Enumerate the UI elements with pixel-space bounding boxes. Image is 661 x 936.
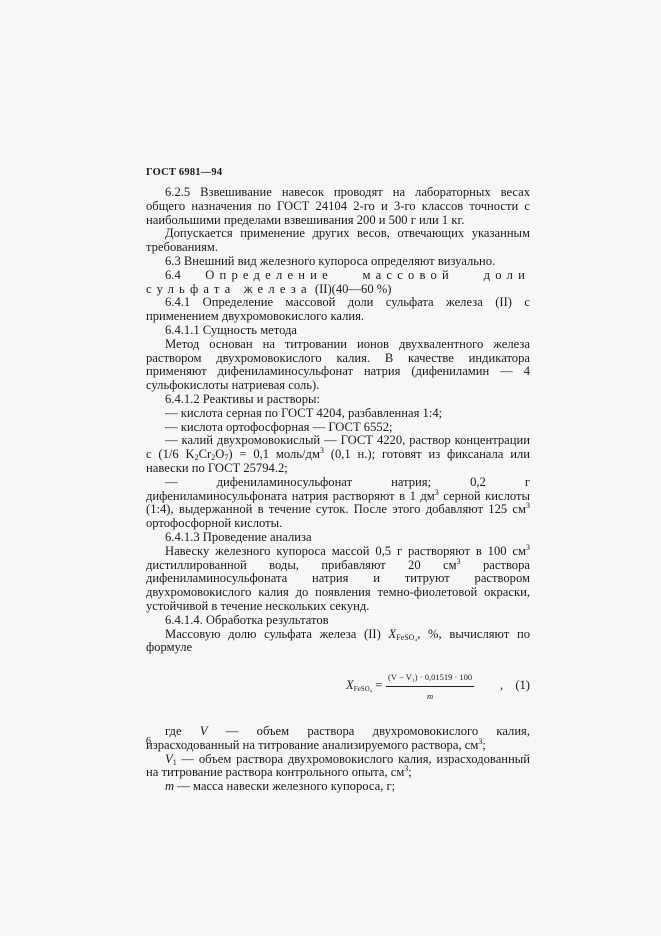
subheading-6-4-1-3: 6.4.1.3 Проведение анализа — [146, 531, 530, 545]
text: ; — [482, 738, 486, 752]
text: дистиллированной воды, прибавляют 20 см — [146, 558, 457, 572]
subscript: FeSO₄ — [396, 633, 417, 642]
definition-v1: V1 — объем раствора двухромовокислого ка… — [146, 753, 530, 781]
definition-v: где V — объем раствора двухромовокислого… — [146, 725, 530, 753]
text: Навеску железного купороса массой 0,5 г … — [165, 544, 526, 558]
reagent-item: — кислота серная по ГОСТ 4204, разбавлен… — [146, 407, 530, 421]
numerator: (V − V₁) · 0,01519 · 100 — [386, 671, 474, 687]
variable: X — [346, 678, 354, 692]
paragraph-calculation: Массовую долю сульфата железа (II) XFeSO… — [146, 628, 530, 656]
text: где — [165, 724, 200, 738]
formula-1: XFeSO₄ = (V − V₁) · 0,01519 · 100 m , (1… — [146, 665, 530, 713]
paragraph-method-essence: Метод основан на титровании ионов двухва… — [146, 338, 530, 393]
section-heading-6-4: 6.4 Определение массовой доли сульфата ж… — [146, 269, 530, 297]
reagent-item: — дифениламиносульфонат натрия; 0,2 г ди… — [146, 476, 530, 531]
denominator: m — [386, 687, 474, 704]
page-number: 6 — [146, 736, 151, 747]
text: ; — [408, 765, 412, 779]
equals-sign: = — [372, 678, 382, 692]
text: — объем раствора двухромовокислого калия… — [146, 752, 530, 780]
reagent-item: — калий двухромовокислый — ГОСТ 4220, ра… — [146, 434, 530, 475]
subheading-6-4-1-2: 6.4.1.2 Реактивы и растворы: — [146, 393, 530, 407]
paragraph-6-4-1: 6.4.1 Определение массовой доли сульфата… — [146, 296, 530, 324]
text: Cr — [199, 447, 212, 461]
subscript: FeSO₄ — [354, 685, 372, 693]
variable: m — [165, 779, 174, 793]
text: ) = 0,1 моль/дм — [228, 447, 320, 461]
text: Массовую долю сульфата железа (II) — [165, 627, 389, 641]
document-body: 6.2.5 Взвешивание навесок проводят на ла… — [146, 186, 530, 794]
document-header: ГОСТ 6981—94 — [146, 167, 222, 178]
superscript: 3 — [526, 543, 530, 552]
heading-tail: (II)(40—60 %) — [312, 282, 392, 296]
subheading-6-4-1-1: 6.4.1.1 Сущность метода — [146, 324, 530, 338]
formula-fraction: (V − V₁) · 0,01519 · 100 m — [386, 671, 474, 704]
text: — масса навески железного купороса, г; — [174, 779, 395, 793]
text: O — [215, 447, 224, 461]
text: ортофосфорной кислоты. — [146, 516, 282, 530]
variable: V — [165, 752, 173, 766]
definition-m: m — масса навески железного купороса, г; — [146, 780, 530, 794]
formula-comma: , — [500, 679, 503, 693]
reagent-item: — кислота ортофосфорная — ГОСТ 6552; — [146, 421, 530, 435]
paragraph-analysis: Навеску железного купороса массой 0,5 г … — [146, 545, 530, 614]
formula-lhs: XFeSO₄ = — [346, 679, 382, 693]
superscript: 3 — [526, 501, 530, 510]
paragraph-6-2-5: 6.2.5 Взвешивание навесок проводят на ла… — [146, 186, 530, 227]
paragraph-other-scales: Допускается применение других весов, отв… — [146, 227, 530, 255]
section-number: 6.4 — [165, 268, 205, 282]
equation-number: (1) — [515, 679, 530, 693]
paragraph-6-3: 6.3 Внешний вид железного купороса опред… — [146, 255, 530, 269]
subheading-6-4-1-4: 6.4.1.4. Обработка результатов — [146, 614, 530, 628]
variable: V — [200, 724, 208, 738]
